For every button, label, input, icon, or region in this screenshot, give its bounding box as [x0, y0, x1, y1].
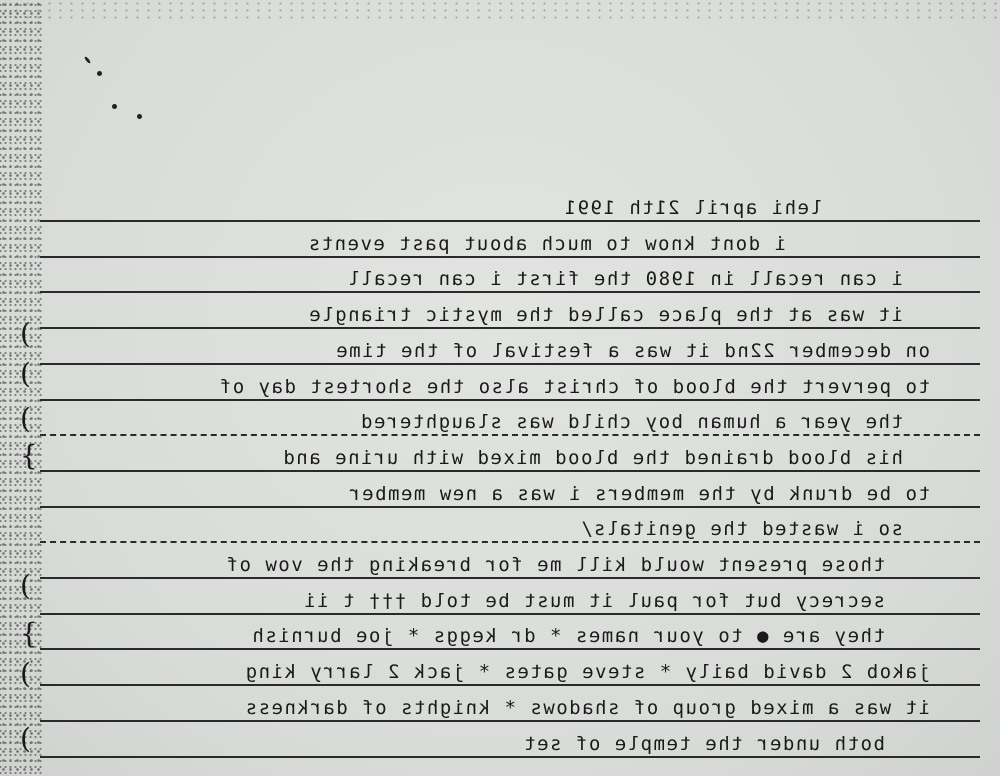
line-text: jakob 2 david baily * steve gates * jack…: [244, 658, 930, 686]
handwritten-line: to pervert the blood of christ also the …: [40, 373, 960, 401]
line-text: lehi april 21th 1991: [563, 194, 822, 222]
handwritten-line: lehi april 21th 1991: [40, 194, 960, 222]
ink-speck: [97, 71, 102, 76]
handwritten-line: both under the temple of set: [40, 730, 960, 758]
handwritten-line: it was at the place called the mystic tr…: [40, 301, 960, 329]
margin-doodle: (: [20, 572, 31, 600]
scanned-page: lehi april 21th 1991i dont know to much …: [0, 0, 1000, 776]
line-text: i can recall in 1980 the first i can rec…: [347, 265, 903, 293]
handwritten-line: secrecy but for paul it must be told †††…: [40, 587, 960, 615]
scan-noise-top: [0, 0, 1000, 22]
margin-doodle: (: [20, 320, 31, 348]
line-text: his blood drained the blood mixed with u…: [282, 444, 903, 472]
margin-doodle: (: [20, 660, 31, 688]
handwritten-line: to be drunk by the members i was a new m…: [40, 480, 960, 508]
line-text: i dont know to much about past events: [307, 230, 786, 258]
line-text: on december 22nd it was a festival of th…: [335, 337, 930, 365]
line-text: it was a mixed group of shadows * knight…: [244, 694, 930, 722]
margin-doodle: {: [20, 442, 38, 470]
line-text: so i wasted the genitals/: [580, 515, 903, 543]
handwritten-line: those present would kill me for breaking…: [40, 551, 960, 579]
line-text: to be drunk by the members i was a new m…: [348, 480, 930, 508]
handwritten-line: so i wasted the genitals/: [40, 515, 960, 543]
line-text: secrecy but for paul it must be told †††…: [303, 587, 885, 615]
handwritten-line: his blood drained the blood mixed with u…: [40, 444, 960, 472]
line-text: they are ● to your names * dr keggs * jo…: [251, 622, 885, 650]
ink-speck: [112, 104, 117, 109]
margin-doodle: {: [20, 620, 38, 648]
handwritten-line: jakob 2 david baily * steve gates * jack…: [40, 658, 960, 686]
handwritten-line: i dont know to much about past events: [40, 230, 960, 258]
line-text: those present would kill me for breaking…: [225, 551, 885, 579]
handwritten-line: the year a human boy child was slaughter…: [40, 408, 960, 436]
margin-doodle: (: [20, 360, 31, 388]
line-text: the year a human boy child was slaughter…: [360, 408, 903, 436]
line-text: to pervert the blood of christ also the …: [218, 373, 930, 401]
ink-speck: [84, 56, 91, 64]
handwritten-line: on december 22nd it was a festival of th…: [40, 337, 960, 365]
margin-doodle: (: [20, 725, 31, 753]
ink-speck: [137, 114, 142, 119]
handwritten-line: they are ● to your names * dr keggs * jo…: [40, 622, 960, 650]
margin-doodle: (: [20, 405, 31, 433]
handwritten-line: it was a mixed group of shadows * knight…: [40, 694, 960, 722]
handwritten-line: i can recall in 1980 the first i can rec…: [40, 265, 960, 293]
line-text: it was at the place called the mystic tr…: [308, 301, 903, 329]
line-text: both under the temple of set: [523, 730, 885, 758]
